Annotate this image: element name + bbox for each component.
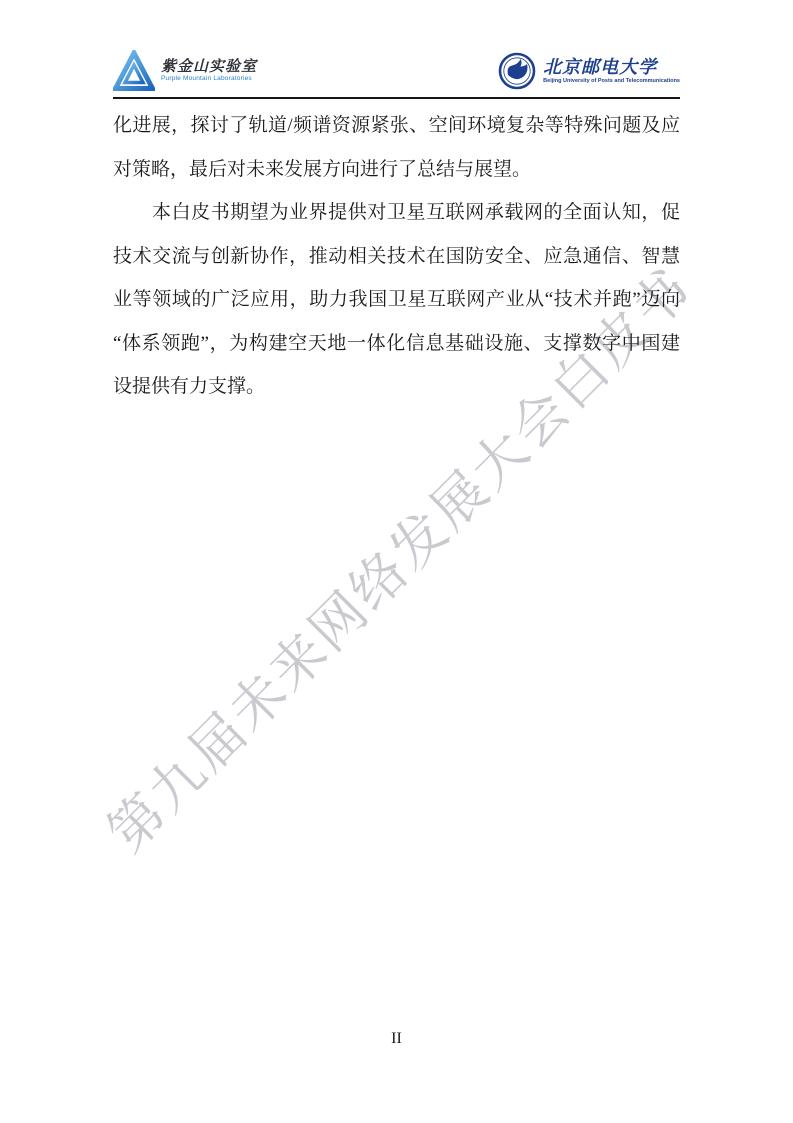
pml-logo-en: Purple Mountain Laboratories xyxy=(161,75,257,83)
bupt-emblem-icon xyxy=(497,51,537,91)
bupt-logo: 北京邮电大学 Beijing University of Posts and T… xyxy=(497,51,680,91)
page-number: II xyxy=(0,1030,793,1048)
document-page: 第九届未来网络发展大会白皮书 紫金山实验室 Purple Mou xyxy=(0,0,793,1123)
paragraph-line: 设提供有力支撑。 xyxy=(113,365,680,409)
bupt-logo-en: Beijing University of Posts and Telecomm… xyxy=(543,77,680,85)
body-text: 化进展，探讨了轨道/频谱资源紧张、空间环境复杂等特殊问题及应 对策略，最后对未来… xyxy=(113,104,680,409)
bupt-logo-cn: 北京邮电大学 xyxy=(543,58,680,77)
paragraph-line: “体系领跑”，为构建空天地一体化信息基础设施、支撑数字中国建 xyxy=(113,322,680,366)
paragraph-line: 化进展，探讨了轨道/频谱资源紧张、空间环境复杂等特殊问题及应 xyxy=(113,104,680,148)
paragraph-line: 本白皮书期望为业界提供对卫星互联网承载网的全面认知，促进 xyxy=(113,191,680,235)
paragraph-line: 业等领域的广泛应用，助力我国卫星互联网产业从“技术并跑”迈向 xyxy=(113,278,680,322)
page-header: 紫金山实验室 Purple Mountain Laboratories 北京邮电… xyxy=(113,46,680,96)
pml-logo: 紫金山实验室 Purple Mountain Laboratories xyxy=(113,50,257,92)
header-rule xyxy=(113,97,680,99)
pml-logo-text: 紫金山实验室 Purple Mountain Laboratories xyxy=(161,59,257,83)
pml-triangle-icon xyxy=(113,50,155,92)
bupt-logo-text: 北京邮电大学 Beijing University of Posts and T… xyxy=(543,58,680,85)
paragraph-line: 技术交流与创新协作，推动相关技术在国防安全、应急通信、智慧农 xyxy=(113,235,680,279)
pml-logo-cn: 紫金山实验室 xyxy=(161,59,257,75)
paragraph-line: 对策略，最后对未来发展方向进行了总结与展望。 xyxy=(113,148,680,192)
